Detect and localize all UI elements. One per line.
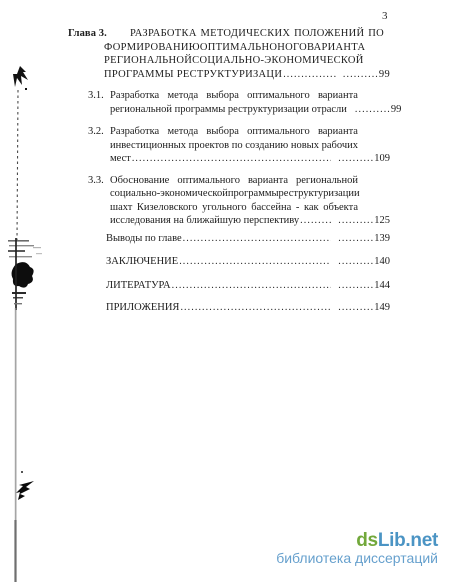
toc-entry-body: Выводы по главе139 — [106, 232, 390, 246]
toc-entry-body: Разработкаметодавыбораоптимальноговариан… — [110, 125, 390, 166]
toc-entry: 3.1.Разработкаметодавыбораоптимальногова… — [68, 89, 390, 116]
toc-entry-title: мест — [110, 152, 131, 166]
toc-entry-last-line: исследования на ближайшую перспективу125 — [110, 214, 390, 228]
scan-smudge-top — [13, 66, 28, 90]
toc-entry-page: 139 — [374, 232, 390, 246]
toc-entry-label: 3.1. — [88, 89, 104, 103]
toc-entry-line: социально-экономическойпрограммыреструкт… — [110, 187, 358, 201]
toc-entry-line: инвестиционныхпроектовпосозданиюновыхраб… — [110, 139, 358, 153]
logo-libnet-part: Lib.net — [378, 530, 438, 551]
dot-leader — [183, 232, 332, 246]
toc-entry-title: исследования на ближайшую перспективу — [110, 214, 299, 228]
dot-leader-short — [338, 301, 374, 315]
document-page: 3 Глава 3.РАЗРАБОТКАМЕТОДИЧЕСКИХПОЛОЖЕНИ… — [0, 0, 450, 582]
toc-entry: ПРИЛОЖЕНИЯ149 — [68, 301, 390, 315]
dot-leader — [180, 301, 331, 315]
scan-artifacts — [0, 0, 60, 582]
toc-entry: 3.3.Обоснованиеоптимальноговариантарегио… — [68, 174, 390, 228]
dot-leader-short — [338, 152, 374, 166]
toc-entry-label: 3.3. — [88, 174, 104, 188]
toc-entry-last-line: ПРОГРАММЫ РЕСТРУКТУРИЗАЦИ99 — [104, 68, 390, 82]
toc-entry-page: 109 — [374, 152, 390, 166]
dot-leader-short — [338, 255, 374, 269]
toc-entry-page: 144 — [374, 279, 390, 293]
toc-entry-page: 99 — [391, 103, 402, 117]
toc-entry: 3.2.Разработкаметодавыбораоптимальногова… — [68, 125, 390, 166]
dslib-watermark: dsLib.net библиотека диссертаций — [276, 532, 438, 566]
table-of-contents: Глава 3.РАЗРАБОТКАМЕТОДИЧЕСКИХПОЛОЖЕНИЙП… — [68, 27, 390, 315]
toc-entry-label: 3.2. — [88, 125, 104, 139]
dot-leader — [132, 152, 331, 166]
toc-entry-body: РАЗРАБОТКАМЕТОДИЧЕСКИХПОЛОЖЕНИЙПОФОРМИРО… — [104, 27, 390, 81]
toc-entry-line: РЕГИОНАЛЬНОЙСОЦИАЛЬНО-ЭКОНОМИЧЕСКОЙ — [104, 54, 358, 68]
dot-leader — [179, 255, 331, 269]
toc-entry: ЛИТЕРАТУРА144 — [68, 279, 390, 293]
toc-entry-last-line: Выводы по главе139 — [106, 232, 390, 246]
toc-entry-body: ПРИЛОЖЕНИЯ149 — [106, 301, 390, 315]
toc-entry-line: РАЗРАБОТКАМЕТОДИЧЕСКИХПОЛОЖЕНИЙПО — [104, 27, 384, 41]
toc-entry-line: Обоснованиеоптимальноговариантарегиональ… — [110, 174, 358, 188]
dot-leader — [300, 214, 331, 228]
toc-entry: ЗАКЛЮЧЕНИЕ140 — [68, 255, 390, 269]
toc-entry-last-line: ПРИЛОЖЕНИЯ149 — [106, 301, 390, 315]
toc-entry-title: ПРИЛОЖЕНИЯ — [106, 301, 179, 315]
toc-entry-line: шахтКизеловскогоугольногобассейна-какобъ… — [110, 201, 358, 215]
toc-entry-title: региональной программы реструктуризации … — [110, 103, 347, 117]
toc-entry-label: Глава 3. — [68, 27, 107, 41]
dot-leader-short — [343, 68, 379, 82]
toc-entry-title: ЛИТЕРАТУРА — [106, 279, 171, 293]
logo-ds-part: ds — [356, 530, 378, 551]
toc-entry-body: Обоснованиеоптимальноговариантарегиональ… — [110, 174, 390, 228]
toc-entry-last-line: мест109 — [110, 152, 390, 166]
toc-entry-page: 125 — [374, 214, 390, 228]
page-number: 3 — [382, 10, 388, 22]
toc-entry-body: ЛИТЕРАТУРА144 — [106, 279, 390, 293]
toc-entry: Выводы по главе139 — [68, 232, 390, 246]
toc-entry-last-line: региональной программы реструктуризации … — [110, 103, 390, 117]
scan-dotted-line — [17, 90, 18, 240]
toc-entry-page: 99 — [379, 68, 390, 82]
toc-entry-line: Разработкаметодавыбораоптимальноговариан… — [110, 125, 358, 139]
watermark-subtitle: библиотека диссертаций — [276, 551, 438, 566]
toc-entry: Глава 3.РАЗРАБОТКАМЕТОДИЧЕСКИХПОЛОЖЕНИЙП… — [68, 27, 390, 81]
toc-entry-line: ФОРМИРОВАНИЮОПТИМАЛЬНОНОГОВАРИАНТА — [104, 41, 358, 55]
dslib-logo: dsLib.net — [276, 532, 438, 550]
toc-entry-line: Разработкаметодавыбораоптимальноговариан… — [110, 89, 358, 103]
dot-leader-short — [338, 214, 374, 228]
toc-entry-title: Выводы по главе — [106, 232, 182, 246]
dot-leader — [172, 279, 332, 293]
toc-entry-body: Разработкаметодавыбораоптимальноговариан… — [110, 89, 390, 116]
toc-entry-title: ЗАКЛЮЧЕНИЕ — [106, 255, 178, 269]
toc-entry-page: 140 — [374, 255, 390, 269]
dot-leader-short — [338, 232, 374, 246]
toc-entry-last-line: ЛИТЕРАТУРА144 — [106, 279, 390, 293]
toc-entry-last-line: ЗАКЛЮЧЕНИЕ140 — [106, 255, 390, 269]
scan-smudge-bottom — [16, 471, 34, 500]
scan-smudge-middle — [8, 238, 42, 310]
toc-entry-body: ЗАКЛЮЧЕНИЕ140 — [106, 255, 390, 269]
dot-leader — [283, 68, 336, 82]
dot-leader-short — [338, 279, 374, 293]
toc-entry-title: ПРОГРАММЫ РЕСТРУКТУРИЗАЦИ — [104, 68, 282, 82]
dot-leader-short — [355, 103, 391, 117]
toc-entry-page: 149 — [374, 301, 390, 315]
